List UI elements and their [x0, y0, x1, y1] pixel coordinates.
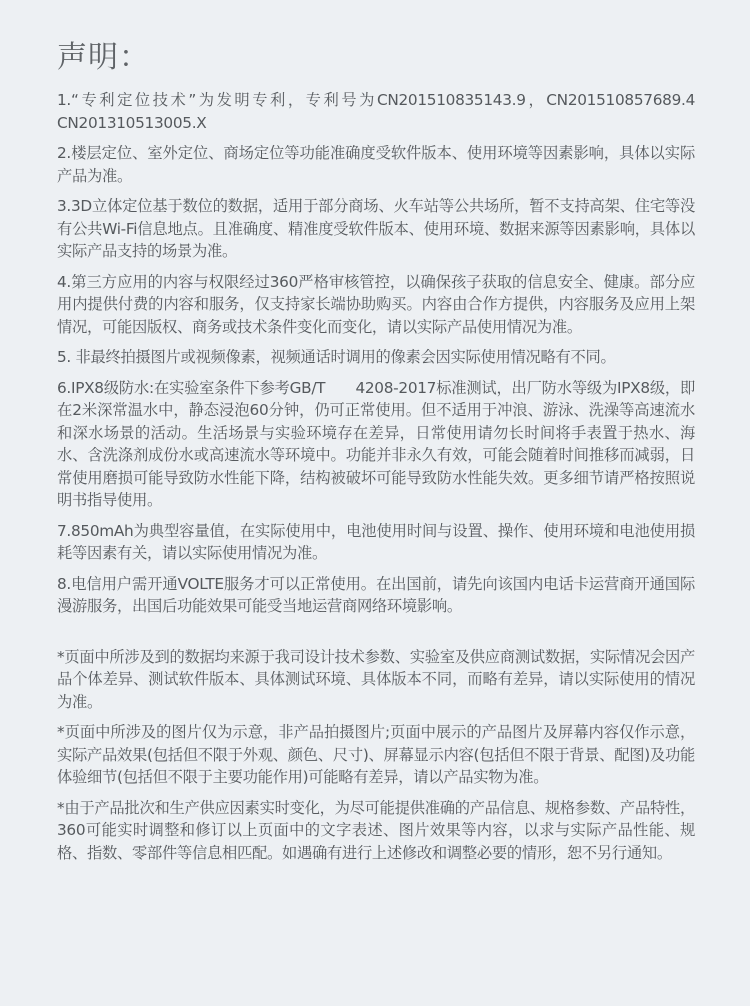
section-spacer	[57, 626, 695, 646]
disclaimer-item: 8.电信用户需开通VOLTE服务才可以正常使用。在出国前，请先向该国内电话卡运营…	[57, 573, 695, 618]
disclaimer-item: 3.3D立体定位基于数位的数据，适用于部分商场、火车站等公共场所，暂不支持高架、…	[57, 195, 695, 263]
disclaimer-item: 2.楼层定位、室外定位、商场定位等功能准确度受软件版本、使用环境等因素影响，具体…	[57, 142, 695, 187]
disclaimer-item: 1.“专利定位技术”为发明专利，专利号为CN201510835143.9，CN2…	[57, 89, 695, 134]
disclaimer-item: 6.IPX8级防水:在实验室条件下参考GB/T 4208-2017标准测试，出厂…	[57, 377, 695, 512]
disclaimer-item: 4.第三方应用的内容与权限经过360严格审核管控，以确保孩子获取的信息安全、健康…	[57, 271, 695, 339]
disclaimer-body: 1.“专利定位技术”为发明专利，专利号为CN201510835143.9，CN2…	[57, 89, 695, 872]
footnote: *页面中所涉及的图片仅为示意，非产品拍摄图片;页面中展示的产品图片及屏幕内容仅作…	[57, 721, 695, 789]
page-title: 声明：	[57, 38, 150, 78]
disclaimer-item: 7.850mAh为典型容量值，在实际使用中，电池使用时间与设置、操作、使用环境和…	[57, 520, 695, 565]
disclaimer-item: 5. 非最终拍摄图片或视频像素，视频通话时调用的像素会因实际使用情况略有不同。	[57, 346, 695, 369]
footnote: *页面中所涉及到的数据均来源于我司设计技术参数、实验室及供应商测试数据，实际情况…	[57, 646, 695, 714]
footnote: *由于产品批次和生产供应因素实时变化，为尽可能提供准确的产品信息、规格参数、产品…	[57, 797, 695, 865]
